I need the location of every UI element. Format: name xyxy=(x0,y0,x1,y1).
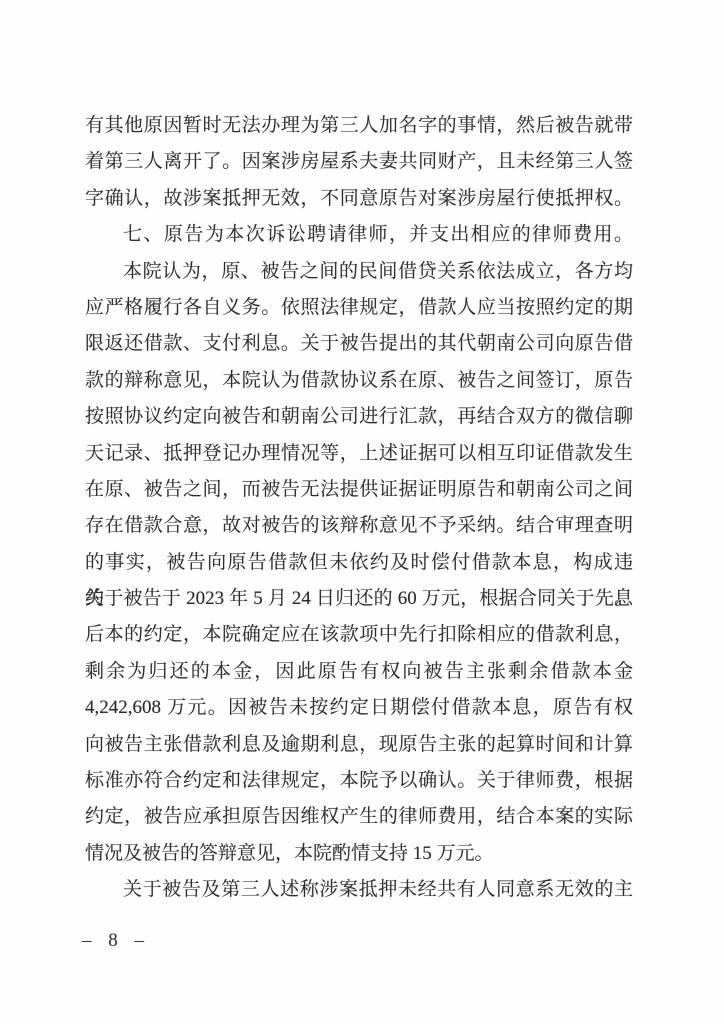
body-line: 后本的约定，本院确定应在该款项中先行扣除相应的借款利息， xyxy=(85,617,633,653)
body-line: 情况及被告的答辩意见，本院酌情支持 15 万元。 xyxy=(85,836,633,872)
body-line: 向被告主张借款利息及逾期利息，现原告主张的起算时间和计算 xyxy=(85,727,633,763)
body-line: 4,242,608 万元。因被告未按约定日期偿付借款本息，原告有权 xyxy=(85,690,633,726)
body-line-paragraph-start: 本院认为，原、被告之间的民间借贷关系依法成立，各方均 xyxy=(85,254,633,290)
body-line: 约定，被告应承担原告因维权产生的律师费用，结合本案的实际 xyxy=(85,799,633,835)
body-line: 剩余为归还的本金，因此原告有权向被告主张剩余借款本金 xyxy=(85,654,633,690)
body-line-paragraph-start: 关于被告及第三人述称涉案抵押未经共有人同意系无效的主 xyxy=(85,872,633,908)
body-line: 在原、被告之间，而被告无法提供证据证明原告和朝南公司之间 xyxy=(85,472,633,508)
document-page: 有其他原因暂时无法办理为第三人加名字的事情，然后被告就带 着第三人离开了。因案涉… xyxy=(0,0,724,1024)
body-line: 着第三人离开了。因案涉房屋系夫妻共同财产，且未经第三人签 xyxy=(85,144,633,180)
body-line: 标准亦符合约定和法律规定，本院予以确认。关于律师费，根据 xyxy=(85,763,633,799)
body-line: 字确认，故涉案抵押无效，不同意原告对案涉房屋行使抵押权。 xyxy=(85,181,633,217)
body-line: 有其他原因暂时无法办理为第三人加名字的事情，然后被告就带 xyxy=(85,108,633,144)
body-line: 款的辩称意见，本院认为借款协议系在原、被告之间签订，原告 xyxy=(85,363,633,399)
body-line: 限返还借款、支付利息。关于被告提出的其代朝南公司向原告借 xyxy=(85,326,633,362)
body-text-block: 有其他原因暂时无法办理为第三人加名字的事情，然后被告就带 着第三人离开了。因案涉… xyxy=(85,108,633,909)
body-line: 按照协议约定向被告和朝南公司进行汇款，再结合双方的微信聊 xyxy=(85,399,633,435)
body-line: 应严格履行各自义务。依照法律规定，借款人应当按照约定的期 xyxy=(85,290,633,326)
body-line-paragraph-start: 七、原告为本次诉讼聘请律师，并支出相应的律师费用。 xyxy=(85,217,633,253)
body-line: 存在借款合意，故对被告的该辩称意见不予采纳。结合审理查明 xyxy=(85,508,633,544)
body-line: 天记录、抵押登记办理情况等，上述证据可以相互印证借款发生 xyxy=(85,436,633,472)
body-line: 关于被告于 2023 年 5 月 24 日归还的 60 万元，根据合同关于先息 xyxy=(85,581,633,617)
body-line: 的事实，被告向原告借款但未依约及时偿付借款本息，构成违约。 xyxy=(85,545,633,581)
page-number: – 8 – xyxy=(82,930,150,952)
